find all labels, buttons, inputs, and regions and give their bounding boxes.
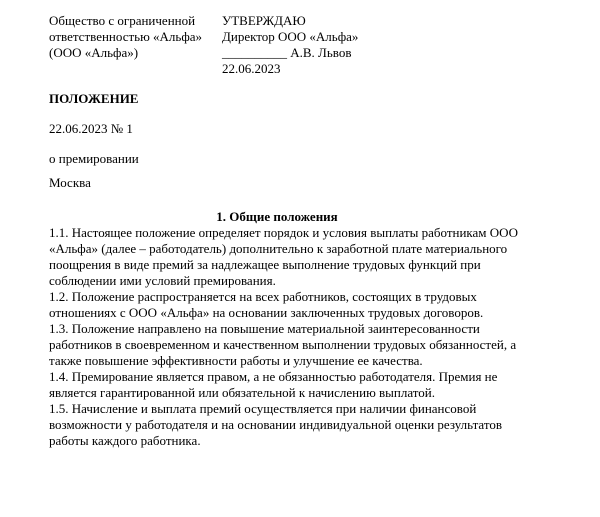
company-name-block: Общество с ограниченной ответственностью… (49, 13, 222, 61)
paragraph-1-3: 1.3. Положение направлено на повышение м… (49, 321, 570, 369)
section-heading: 1. Общие положения (49, 209, 505, 225)
approval-label: УТВЕРЖДАЮ (222, 13, 570, 29)
document-type-title: ПОЛОЖЕНИЕ (49, 91, 570, 107)
document-date-number: 22.06.2023 № 1 (49, 121, 570, 137)
document-page: Общество с ограниченной ответственностью… (0, 0, 600, 517)
document-header: Общество с ограниченной ответственностью… (49, 13, 570, 77)
paragraph-1-4: 1.4. Премирование является правом, а не … (49, 369, 570, 401)
document-city: Москва (49, 175, 570, 191)
approver-title: Директор ООО «Альфа» (222, 29, 570, 45)
paragraph-1-2: 1.2. Положение распространяется на всех … (49, 289, 570, 321)
approver-name: А.В. Львов (290, 45, 351, 60)
signature-line: __________ (222, 45, 287, 60)
paragraph-1-5: 1.5. Начисление и выплата премий осущест… (49, 401, 570, 449)
paragraph-1-1: 1.1. Настоящее положение определяет поря… (49, 225, 570, 289)
approval-block: УТВЕРЖДАЮ Директор ООО «Альфа» _________… (222, 13, 570, 77)
approval-date: 22.06.2023 (222, 61, 570, 77)
signature-row: __________ А.В. Львов (222, 45, 570, 61)
document-subject: о премировании (49, 151, 570, 167)
